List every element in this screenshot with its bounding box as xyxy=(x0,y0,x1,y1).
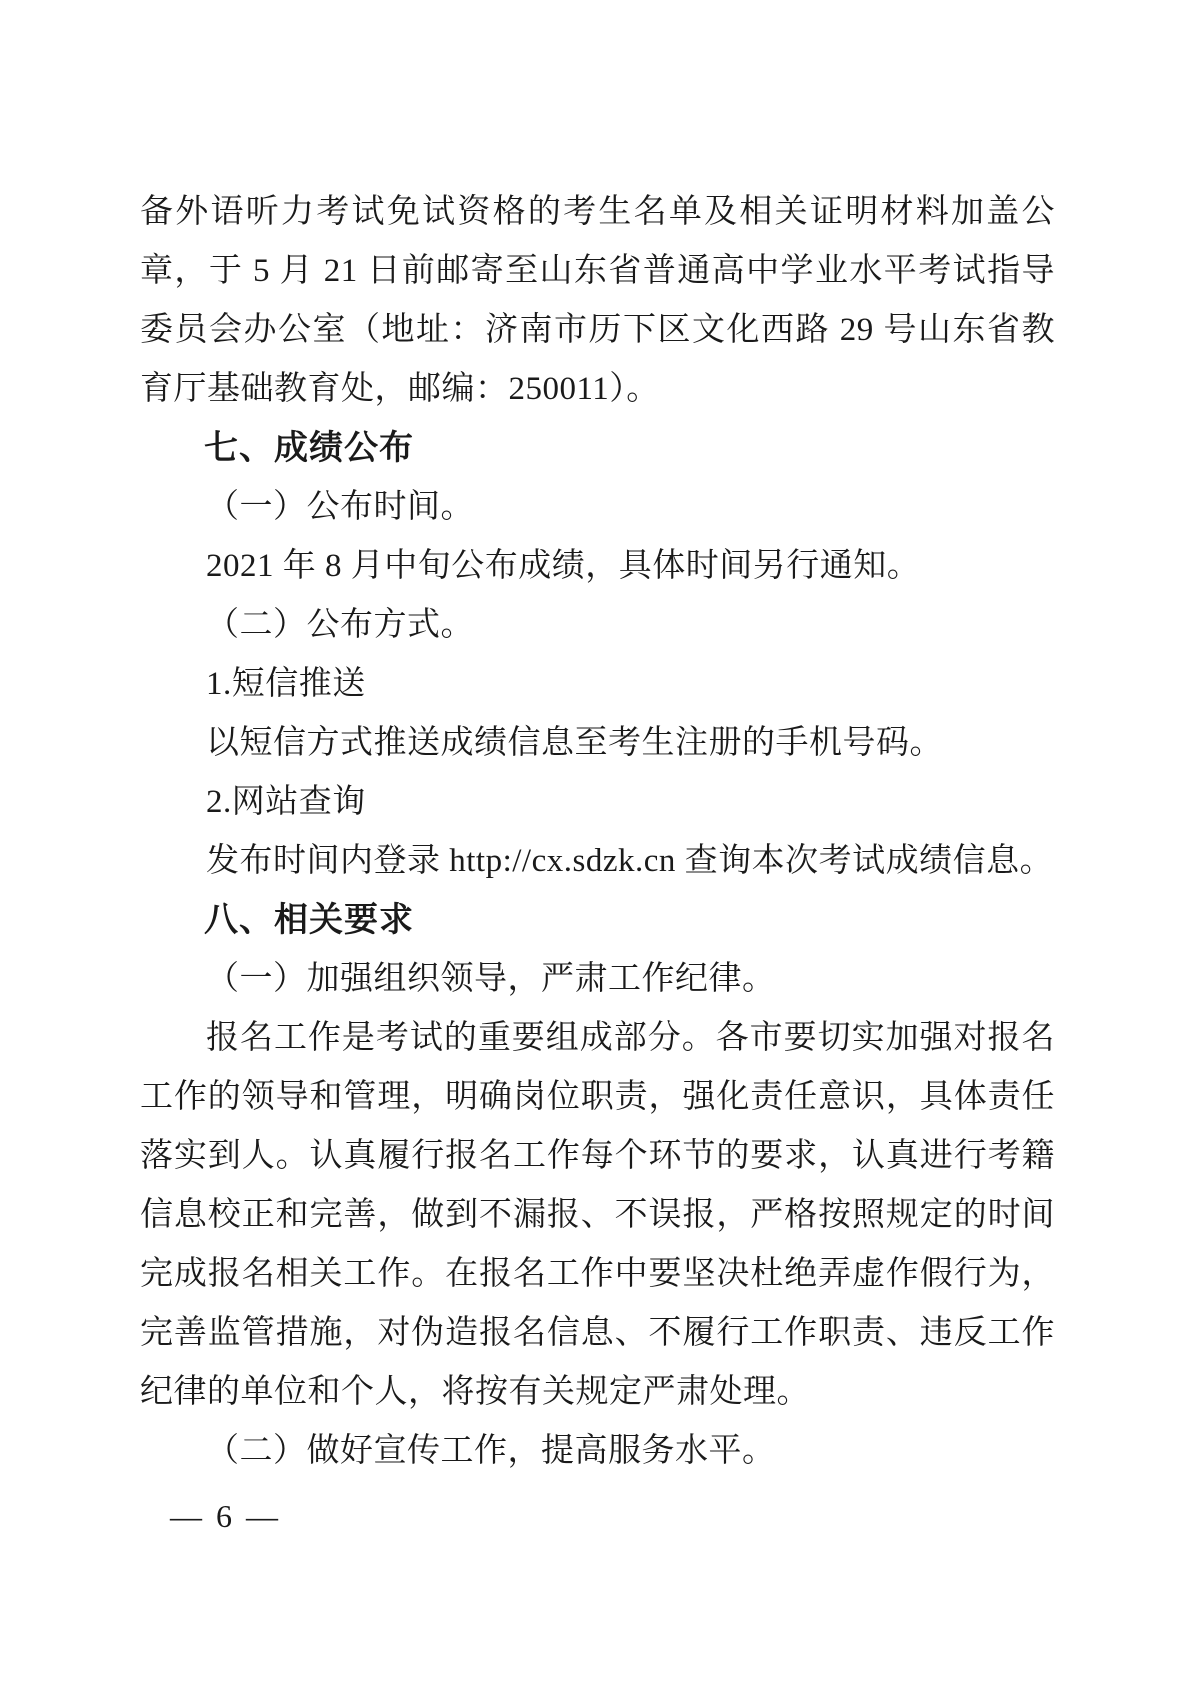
paragraph-registration-discipline: 报名工作是考试的重要组成部分。各市要切实加强对报名工作的领导和管理，明确岗位职责… xyxy=(140,1009,1055,1422)
paragraph-sms-push: 以短信方式推送成绩信息至考生注册的手机号码。 xyxy=(140,714,1055,773)
section-heading-score-publication: 七、成绩公布 xyxy=(140,419,1055,478)
paragraph-mailing-instructions: 备外语听力考试免试资格的考生名单及相关证明材料加盖公章，于 5 月 21 日前邮… xyxy=(140,183,1055,419)
subheading-publication-method: （二）公布方式。 xyxy=(140,596,1055,655)
subheading-publicity-service: （二）做好宣传工作，提高服务水平。 xyxy=(140,1422,1055,1481)
paragraph-publication-time: 2021 年 8 月中旬公布成绩，具体时间另行通知。 xyxy=(140,537,1055,596)
item-sms-push: 1.短信推送 xyxy=(140,655,1055,714)
paragraph-website-query: 发布时间内登录 http://cx.sdzk.cn 查询本次考试成绩信息。 xyxy=(140,832,1055,891)
item-website-query: 2.网站查询 xyxy=(140,773,1055,832)
section-heading-related-requirements: 八、相关要求 xyxy=(140,891,1055,950)
document-page: 备外语听力考试免试资格的考生名单及相关证明材料加盖公章，于 5 月 21 日前邮… xyxy=(0,0,1190,1683)
subheading-strengthen-leadership: （一）加强组织领导，严肃工作纪律。 xyxy=(140,950,1055,1009)
document-body: 备外语听力考试免试资格的考生名单及相关证明材料加盖公章，于 5 月 21 日前邮… xyxy=(140,183,1055,1481)
subheading-publication-time: （一）公布时间。 xyxy=(140,478,1055,537)
page-number: — 6 — xyxy=(170,1496,281,1536)
